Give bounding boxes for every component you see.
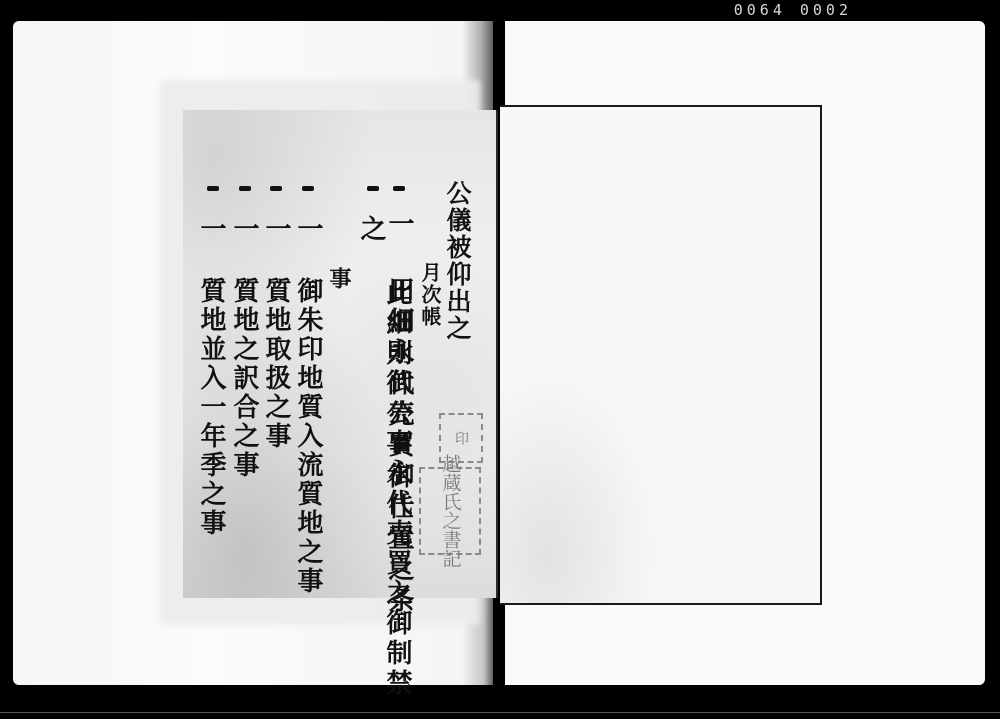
text-column-4: 一 御朱印地質入流質地之事: [295, 215, 321, 596]
seal-char: 記: [440, 549, 461, 568]
seal-char: 蔵: [440, 473, 461, 492]
text-column-5: 一 質地取扱之事: [263, 215, 289, 451]
manuscript-subtitle: 月次帳: [420, 262, 440, 328]
frame-number: 0002: [800, 1, 852, 19]
reel-number: 0064: [734, 1, 786, 19]
seal-small-text: 印: [451, 431, 471, 445]
text-column-3: 事: [328, 215, 350, 291]
item-bullet: [270, 186, 282, 191]
frame-counter: 00640002: [734, 1, 852, 19]
seal-char: 氏: [440, 492, 461, 511]
film-edge-line: [0, 712, 1000, 713]
item-bullet: [393, 186, 405, 191]
seal-char: 書: [440, 530, 461, 549]
text-column-6: 一 質地之訳合之事: [231, 215, 257, 480]
manuscript-page-right: [500, 105, 822, 605]
ownership-seal-large: 越 蔵 氏 之 書 記: [419, 467, 481, 555]
item-bullet: [239, 186, 251, 191]
manuscript-title: 公儀被仰出之: [445, 180, 470, 342]
item-bullet: [207, 186, 219, 191]
item-bullet: [367, 186, 379, 191]
text-column-7: 一 質地並入一年季之事: [198, 215, 224, 538]
item-bullet: [302, 186, 314, 191]
seal-char: 越: [440, 454, 461, 473]
text-column-2: 此細則御公事永代売買之御制禁之: [358, 215, 410, 719]
seal-char: 之: [440, 511, 461, 530]
